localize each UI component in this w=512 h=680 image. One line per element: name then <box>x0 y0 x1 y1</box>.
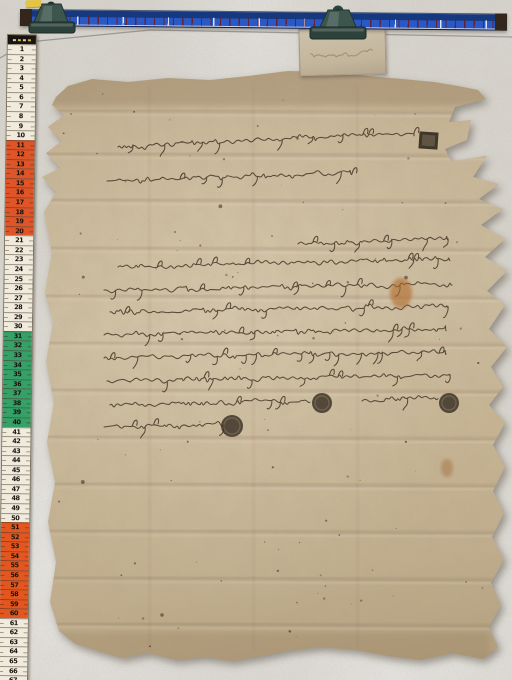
tape-number: 18 <box>15 209 23 216</box>
tape-number: 7 <box>19 104 23 111</box>
tape-number: 41 <box>12 429 20 436</box>
tape-number: 6 <box>19 94 23 101</box>
manuscript-writing-layer <box>0 0 512 680</box>
tape-cm-cell: 26 <box>4 283 32 293</box>
tape-cm-cell: 27 <box>4 293 32 303</box>
tape-cm-cell: 36 <box>3 379 31 389</box>
yellow-tape-scrap <box>26 0 41 8</box>
tape-cm-cell: 56 <box>0 570 28 580</box>
tape-cm-cell: 32 <box>4 340 32 350</box>
tape-cm-cell: 16 <box>6 187 34 197</box>
tape-cm-cell: 41 <box>2 426 30 436</box>
tape-cm-cell: 20 <box>5 226 33 236</box>
tape-cm-cell: 67 <box>0 675 27 680</box>
tape-number: 5 <box>19 84 23 91</box>
tape-cm-cell: 65 <box>0 656 27 666</box>
tape-number: 38 <box>13 400 21 407</box>
tape-cm-cell: 39 <box>3 407 31 417</box>
tape-number: 1 <box>20 46 24 53</box>
tape-cm-cell: 18 <box>5 207 33 217</box>
tape-cm-cell: 24 <box>5 264 33 274</box>
manuscript-paper-shadow <box>0 0 512 680</box>
tape-number: 50 <box>11 515 19 522</box>
tape-number: 33 <box>13 352 21 359</box>
tape-cm-cell: 25 <box>5 273 33 283</box>
tape-number: 27 <box>14 295 22 302</box>
tape-number: 28 <box>14 304 22 311</box>
tape-cm-cell: 14 <box>6 168 34 178</box>
tape-cm-cell: 38 <box>3 398 31 408</box>
right-clip <box>310 6 366 40</box>
tape-number: 14 <box>16 170 24 177</box>
tape-cm-cell: 51 <box>1 522 29 532</box>
tape-cm-cell: 54 <box>1 551 29 561</box>
tape-cm-cell: 46 <box>2 474 30 484</box>
tape-number: 10 <box>17 132 25 139</box>
tape-number: 30 <box>14 323 22 330</box>
tape-number: 59 <box>10 601 18 608</box>
tape-number: 54 <box>11 553 19 560</box>
tape-number: 62 <box>10 629 18 636</box>
tape-number: 21 <box>15 237 23 244</box>
tape-cm-cell: 43 <box>2 446 30 456</box>
tape-number: 58 <box>10 591 18 598</box>
tape-cm-cell: 49 <box>1 503 29 513</box>
tape-cm-cell: 15 <box>6 178 34 188</box>
tape-number: 26 <box>14 285 22 292</box>
tape-number: 60 <box>10 610 18 617</box>
tape-number: 40 <box>13 419 21 426</box>
tape-cm-cell: 2 <box>8 54 36 64</box>
tape-cm-cell: 19 <box>5 216 33 226</box>
tape-cm-cell: 21 <box>5 235 33 245</box>
tape-cm-cell: 59 <box>0 599 28 609</box>
tape-cm-cell: 22 <box>5 245 33 255</box>
tape-number: 55 <box>10 563 18 570</box>
tape-number: 24 <box>15 266 23 273</box>
tape-cm-cell: 60 <box>0 608 28 618</box>
tape-cm-cell: 13 <box>6 159 34 169</box>
tape-cm-cell: 12 <box>6 149 34 159</box>
tape-number: 53 <box>11 543 19 550</box>
tape-number: 42 <box>12 438 20 445</box>
tape-cm-cell: 55 <box>1 560 29 570</box>
tape-number: 4 <box>19 75 23 82</box>
tape-number: 45 <box>12 467 20 474</box>
tape-cm-cell: 58 <box>0 589 28 599</box>
tape-number: 56 <box>10 572 18 579</box>
tape-cm-cell: 37 <box>3 388 31 398</box>
tape-cm-cell: 1 <box>8 44 36 54</box>
tape-cm-cell: 23 <box>5 254 33 264</box>
tape-cm-cell: 33 <box>3 350 31 360</box>
tape-cm-cell: 6 <box>7 92 35 102</box>
tape-number: 32 <box>14 343 22 350</box>
tape-cm-cell: 50 <box>1 513 29 523</box>
tape-number: 52 <box>11 534 19 541</box>
tape-cm-cell: 4 <box>7 73 35 83</box>
tape-number: 51 <box>11 524 19 531</box>
tape-number: 12 <box>16 151 24 158</box>
tape-cm-cell: 63 <box>0 637 28 647</box>
tape-cm-cell: 8 <box>7 111 35 121</box>
tape-number: 25 <box>15 276 23 283</box>
tape-cm-cell: 48 <box>1 493 29 503</box>
tape-cm-cell: 9 <box>7 121 35 131</box>
tape-number: 36 <box>13 381 21 388</box>
tape-number: 39 <box>13 410 21 417</box>
tape-cm-cell: 7 <box>7 101 35 111</box>
tape-number: 63 <box>9 639 17 646</box>
tape-number: 49 <box>11 505 19 512</box>
tape-cm-cell: 34 <box>3 360 31 370</box>
tape-cm-cell: 62 <box>0 627 28 637</box>
tape-number: 29 <box>14 314 22 321</box>
tape-cm-cell: 44 <box>2 455 30 465</box>
stain <box>390 278 412 308</box>
tape-number: 37 <box>13 390 21 397</box>
tape-cm-cell: 53 <box>1 541 29 551</box>
tape-cm-cell: 40 <box>3 417 31 427</box>
tape-cm-cell: 45 <box>2 465 30 475</box>
tape-cm-cell: 61 <box>0 618 28 628</box>
photo-scene: 1234567891011121314151617181920212223242… <box>0 0 512 680</box>
tape-cm-cell: 66 <box>0 666 27 676</box>
tape-number: 35 <box>13 371 21 378</box>
tape-head-plate <box>8 35 36 44</box>
tape-number: 20 <box>15 228 23 235</box>
tape-cm-cell: 28 <box>4 302 32 312</box>
tape-number: 43 <box>12 448 20 455</box>
tape-cm-cell: 10 <box>7 130 35 140</box>
tape-cm-cell: 30 <box>4 321 32 331</box>
tape-cm-cell: 35 <box>3 369 31 379</box>
tape-cm-cell: 29 <box>4 312 32 322</box>
tape-cm-cell: 3 <box>7 63 35 73</box>
tape-cm-cell: 11 <box>6 140 34 150</box>
tape-cm-cell: 47 <box>2 484 30 494</box>
tape-number: 15 <box>16 180 24 187</box>
tape-number: 64 <box>9 649 17 656</box>
manuscript-paper <box>0 0 512 680</box>
tape-number: 61 <box>10 620 18 627</box>
tape-number: 8 <box>19 113 23 120</box>
tape-number: 3 <box>19 65 23 72</box>
tape-number: 22 <box>15 247 23 254</box>
tape-cm-cell: 17 <box>6 197 34 207</box>
tape-number: 65 <box>9 658 17 665</box>
tape-number: 23 <box>15 257 23 264</box>
tape-number: 47 <box>12 486 20 493</box>
tape-cm-cell: 31 <box>4 331 32 341</box>
tape-number: 2 <box>20 56 24 63</box>
stain <box>441 459 453 477</box>
tape-number: 66 <box>9 668 17 675</box>
tape-number: 44 <box>12 457 20 464</box>
tape-number: 9 <box>19 123 23 130</box>
binder-clips <box>0 0 512 60</box>
tape-number: 34 <box>13 362 21 369</box>
tape-cm-cell: 57 <box>0 579 28 589</box>
tape-number: 46 <box>12 476 20 483</box>
tape-number: 57 <box>10 582 18 589</box>
tape-number: 17 <box>16 199 24 206</box>
tape-number: 48 <box>11 496 19 503</box>
tape-number: 11 <box>16 142 24 149</box>
tape-number: 13 <box>16 161 24 168</box>
tape-cm-cell: 5 <box>7 82 35 92</box>
tape-number: 31 <box>14 333 22 340</box>
tape-cm-cell: 52 <box>1 532 29 542</box>
tape-number: 19 <box>15 218 23 225</box>
tape-number: 16 <box>16 190 24 197</box>
tape-cm-cell: 64 <box>0 646 27 656</box>
tape-cm-cell: 42 <box>2 436 30 446</box>
